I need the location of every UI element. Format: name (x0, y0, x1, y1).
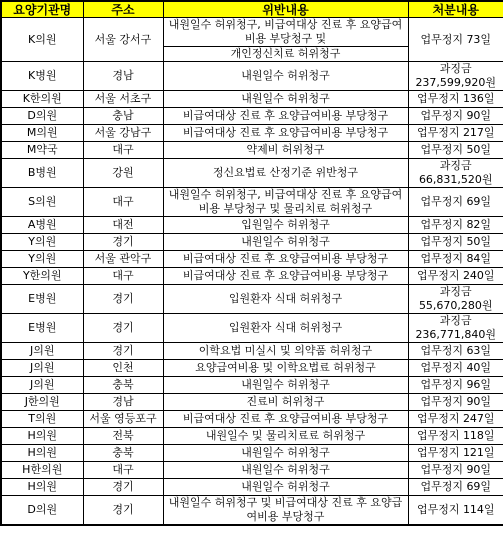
institution-name-cell: Y한의원 (1, 268, 83, 285)
address-cell: 인천 (83, 360, 163, 377)
institution-name-cell: M약국 (1, 142, 83, 159)
disposition-cell: 업무정지 90일 (408, 108, 503, 125)
table-row: B병원 강원 정신요법료 산정기준 위반청구 과징금 66,831,520원 (1, 159, 503, 188)
table-row: K병원 경남 내원일수 허위청구 과징금 237,599,920원 (1, 62, 503, 91)
violation-part: 내원일수 허위청구, 비급여대상 진료 후 요양급여비용 부당청구 및 (164, 18, 408, 46)
violation-cell: 진료비 허위청구 (163, 394, 408, 411)
table-row: S의원 대구 내원일수 허위청구, 비급여대상 진료 후 요양급여비용 부당청구… (1, 188, 503, 217)
table-row: H의원 경기 내원일수 허위청구 업무정지 69일 (1, 479, 503, 496)
institution-name-cell: A병원 (1, 217, 83, 234)
violation-cell: 내원일수 허위청구 (163, 62, 408, 91)
address-cell: 대구 (83, 188, 163, 217)
disposition-cell: 업무정지 217일 (408, 125, 503, 142)
table-row: K한의원 서울 서초구 내원일수 허위청구 업무정지 136일 (1, 91, 503, 108)
violation-cell: 내원일수 허위청구 (163, 234, 408, 251)
institution-name-cell: K의원 (1, 18, 83, 62)
disposition-cell: 과징금 55,670,280원 (408, 285, 503, 314)
table-body: K의원 서울 강서구 내원일수 허위청구, 비급여대상 진료 후 요양급여비용 … (1, 18, 503, 526)
table-row: M의원 서울 강남구 비급여대상 진료 후 요양급여비용 부당청구 업무정지 2… (1, 125, 503, 142)
table-row: E병원 경기 입원환자 식대 허위청구 과징금 236,771,840원 (1, 314, 503, 343)
disposition-cell: 업무정지 73일 (408, 18, 503, 62)
institution-name-cell: Y의원 (1, 234, 83, 251)
institution-name-cell: J의원 (1, 377, 83, 394)
violation-cell: 내원일수 허위청구 (163, 462, 408, 479)
address-cell: 강원 (83, 159, 163, 188)
header-row: 요양기관명 주소 위반내용 처분내용 (1, 1, 503, 18)
address-cell: 서울 강서구 (83, 18, 163, 62)
address-cell: 경남 (83, 394, 163, 411)
address-cell: 서울 강남구 (83, 125, 163, 142)
institution-name-cell: J의원 (1, 360, 83, 377)
table-row: J의원 인천 요양급여비용 및 이학요법료 허위청구 업무정지 40일 (1, 360, 503, 377)
disposition-cell: 업무정지 69일 (408, 188, 503, 217)
violation-cell: 내원일수 허위청구 (163, 377, 408, 394)
institution-name-cell: J의원 (1, 343, 83, 360)
address-cell: 충북 (83, 377, 163, 394)
violation-cell: 약제비 허위청구 (163, 142, 408, 159)
disposition-cell: 업무정지 82일 (408, 217, 503, 234)
address-cell: 경기 (83, 343, 163, 360)
violation-cell: 내원일수 허위청구 (163, 479, 408, 496)
address-cell: 경기 (83, 479, 163, 496)
disposition-cell: 업무정지 240일 (408, 268, 503, 285)
violation-cell: 비급여대상 진료 후 요양급여비용 부당청구 (163, 268, 408, 285)
address-cell: 대구 (83, 142, 163, 159)
table-row: J한의원 경남 진료비 허위청구 업무정지 90일 (1, 394, 503, 411)
address-cell: 경남 (83, 62, 163, 91)
disposition-cell: 업무정지 40일 (408, 360, 503, 377)
institution-name-cell: S의원 (1, 188, 83, 217)
institution-name-cell: H의원 (1, 445, 83, 462)
institution-name-cell: D의원 (1, 496, 83, 526)
disposition-cell: 업무정지 69일 (408, 479, 503, 496)
violation-cell: 내원일수 허위청구 및 비급여대상 진료 후 요양급여비용 부당청구 (163, 496, 408, 526)
disposition-cell: 과징금 66,831,520원 (408, 159, 503, 188)
table-row: H의원 충북 내원일수 허위청구 업무정지 121일 (1, 445, 503, 462)
disposition-cell: 과징금 237,599,920원 (408, 62, 503, 91)
violation-cell: 내원일수 허위청구, 비급여대상 진료 후 요양급여비용 부당청구 및 물리치료… (163, 188, 408, 217)
disposition-cell: 업무정지 63일 (408, 343, 503, 360)
table-row: D의원 경기 내원일수 허위청구 및 비급여대상 진료 후 요양급여비용 부당청… (1, 496, 503, 526)
table-row: D의원 충남 비급여대상 진료 후 요양급여비용 부당청구 업무정지 90일 (1, 108, 503, 125)
table-row: J의원 충북 내원일수 허위청구 업무정지 96일 (1, 377, 503, 394)
disposition-cell: 업무정지 50일 (408, 142, 503, 159)
address-cell: 충북 (83, 445, 163, 462)
disposition-cell: 업무정지 121일 (408, 445, 503, 462)
table-row: Y한의원 대구 비급여대상 진료 후 요양급여비용 부당청구 업무정지 240일 (1, 268, 503, 285)
table-row: A병원 대전 입원일수 허위청구 업무정지 82일 (1, 217, 503, 234)
disposition-cell: 업무정지 114일 (408, 496, 503, 526)
address-cell: 대구 (83, 462, 163, 479)
violation-cell: 요양급여비용 및 이학요법료 허위청구 (163, 360, 408, 377)
address-cell: 대전 (83, 217, 163, 234)
institution-name-cell: J한의원 (1, 394, 83, 411)
table-row: M약국 대구 약제비 허위청구 업무정지 50일 (1, 142, 503, 159)
institution-name-cell: H한의원 (1, 462, 83, 479)
address-cell: 충남 (83, 108, 163, 125)
institution-name-cell: T의원 (1, 411, 83, 428)
institution-name-cell: E병원 (1, 285, 83, 314)
address-cell: 전북 (83, 428, 163, 445)
address-cell: 경기 (83, 234, 163, 251)
institution-name-cell: B병원 (1, 159, 83, 188)
table-row: H한의원 대구 내원일수 허위청구 업무정지 90일 (1, 462, 503, 479)
table-row: E병원 경기 입원환자 식대 허위청구 과징금 55,670,280원 (1, 285, 503, 314)
address-cell: 경기 (83, 285, 163, 314)
violation-cell: 입원일수 허위청구 (163, 217, 408, 234)
col-header-disposition: 처분내용 (408, 1, 503, 18)
disposition-cell: 업무정지 118일 (408, 428, 503, 445)
violation-part: 개인정신치료 허위청구 (164, 46, 408, 61)
table-row: Y의원 경기 내원일수 허위청구 업무정지 50일 (1, 234, 503, 251)
disposition-cell: 과징금 236,771,840원 (408, 314, 503, 343)
institution-name-cell: H의원 (1, 479, 83, 496)
violation-cell: 내원일수 허위청구 (163, 445, 408, 462)
disposition-cell: 업무정지 96일 (408, 377, 503, 394)
institution-name-cell: D의원 (1, 108, 83, 125)
disposition-cell: 업무정지 90일 (408, 394, 503, 411)
table-row: K의원 서울 강서구 내원일수 허위청구, 비급여대상 진료 후 요양급여비용 … (1, 18, 503, 62)
violation-cell: 입원환자 식대 허위청구 (163, 314, 408, 343)
institution-name-cell: K한의원 (1, 91, 83, 108)
disposition-cell: 업무정지 247일 (408, 411, 503, 428)
institution-name-cell: M의원 (1, 125, 83, 142)
disposition-cell: 업무정지 90일 (408, 462, 503, 479)
table-row: T의원 서울 영등포구 비급여대상 진료 후 요양급여비용 부당청구 업무정지 … (1, 411, 503, 428)
institution-name-cell: Y의원 (1, 251, 83, 268)
violation-cell: 내원일수 허위청구 (163, 91, 408, 108)
institution-name-cell: K병원 (1, 62, 83, 91)
address-cell: 대구 (83, 268, 163, 285)
violation-cell: 이학요법 미실시 및 의약품 허위청구 (163, 343, 408, 360)
institution-name-cell: E병원 (1, 314, 83, 343)
address-cell: 경기 (83, 496, 163, 526)
table-row: Y의원 서울 관악구 비급여대상 진료 후 요양급여비용 부당청구 업무정지 8… (1, 251, 503, 268)
col-header-violation: 위반내용 (163, 1, 408, 18)
disposition-cell: 업무정지 84일 (408, 251, 503, 268)
violation-cell: 내원일수 허위청구, 비급여대상 진료 후 요양급여비용 부당청구 및개인정신치… (163, 18, 408, 62)
address-cell: 경기 (83, 314, 163, 343)
violation-cell: 비급여대상 진료 후 요양급여비용 부당청구 (163, 125, 408, 142)
col-header-institution: 요양기관명 (1, 1, 83, 18)
violation-cell: 비급여대상 진료 후 요양급여비용 부당청구 (163, 108, 408, 125)
col-header-address: 주소 (83, 1, 163, 18)
violation-cell: 정신요법료 산정기준 위반청구 (163, 159, 408, 188)
violation-cell: 비급여대상 진료 후 요양급여비용 부당청구 (163, 251, 408, 268)
disposition-cell: 업무정지 50일 (408, 234, 503, 251)
disposition-cell: 업무정지 136일 (408, 91, 503, 108)
violation-cell: 내원일수 및 물리치료료 허위청구 (163, 428, 408, 445)
table-row: H의원 전북 내원일수 및 물리치료료 허위청구 업무정지 118일 (1, 428, 503, 445)
address-cell: 서울 서초구 (83, 91, 163, 108)
address-cell: 서울 영등포구 (83, 411, 163, 428)
violation-cell: 비급여대상 진료 후 요양급여비용 부당청구 (163, 411, 408, 428)
institution-name-cell: H의원 (1, 428, 83, 445)
violation-cell: 입원환자 식대 허위청구 (163, 285, 408, 314)
table-row: J의원 경기 이학요법 미실시 및 의약품 허위청구 업무정지 63일 (1, 343, 503, 360)
address-cell: 서울 관악구 (83, 251, 163, 268)
violation-table: 요양기관명 주소 위반내용 처분내용 K의원 서울 강서구 내원일수 허위청구,… (0, 0, 503, 526)
